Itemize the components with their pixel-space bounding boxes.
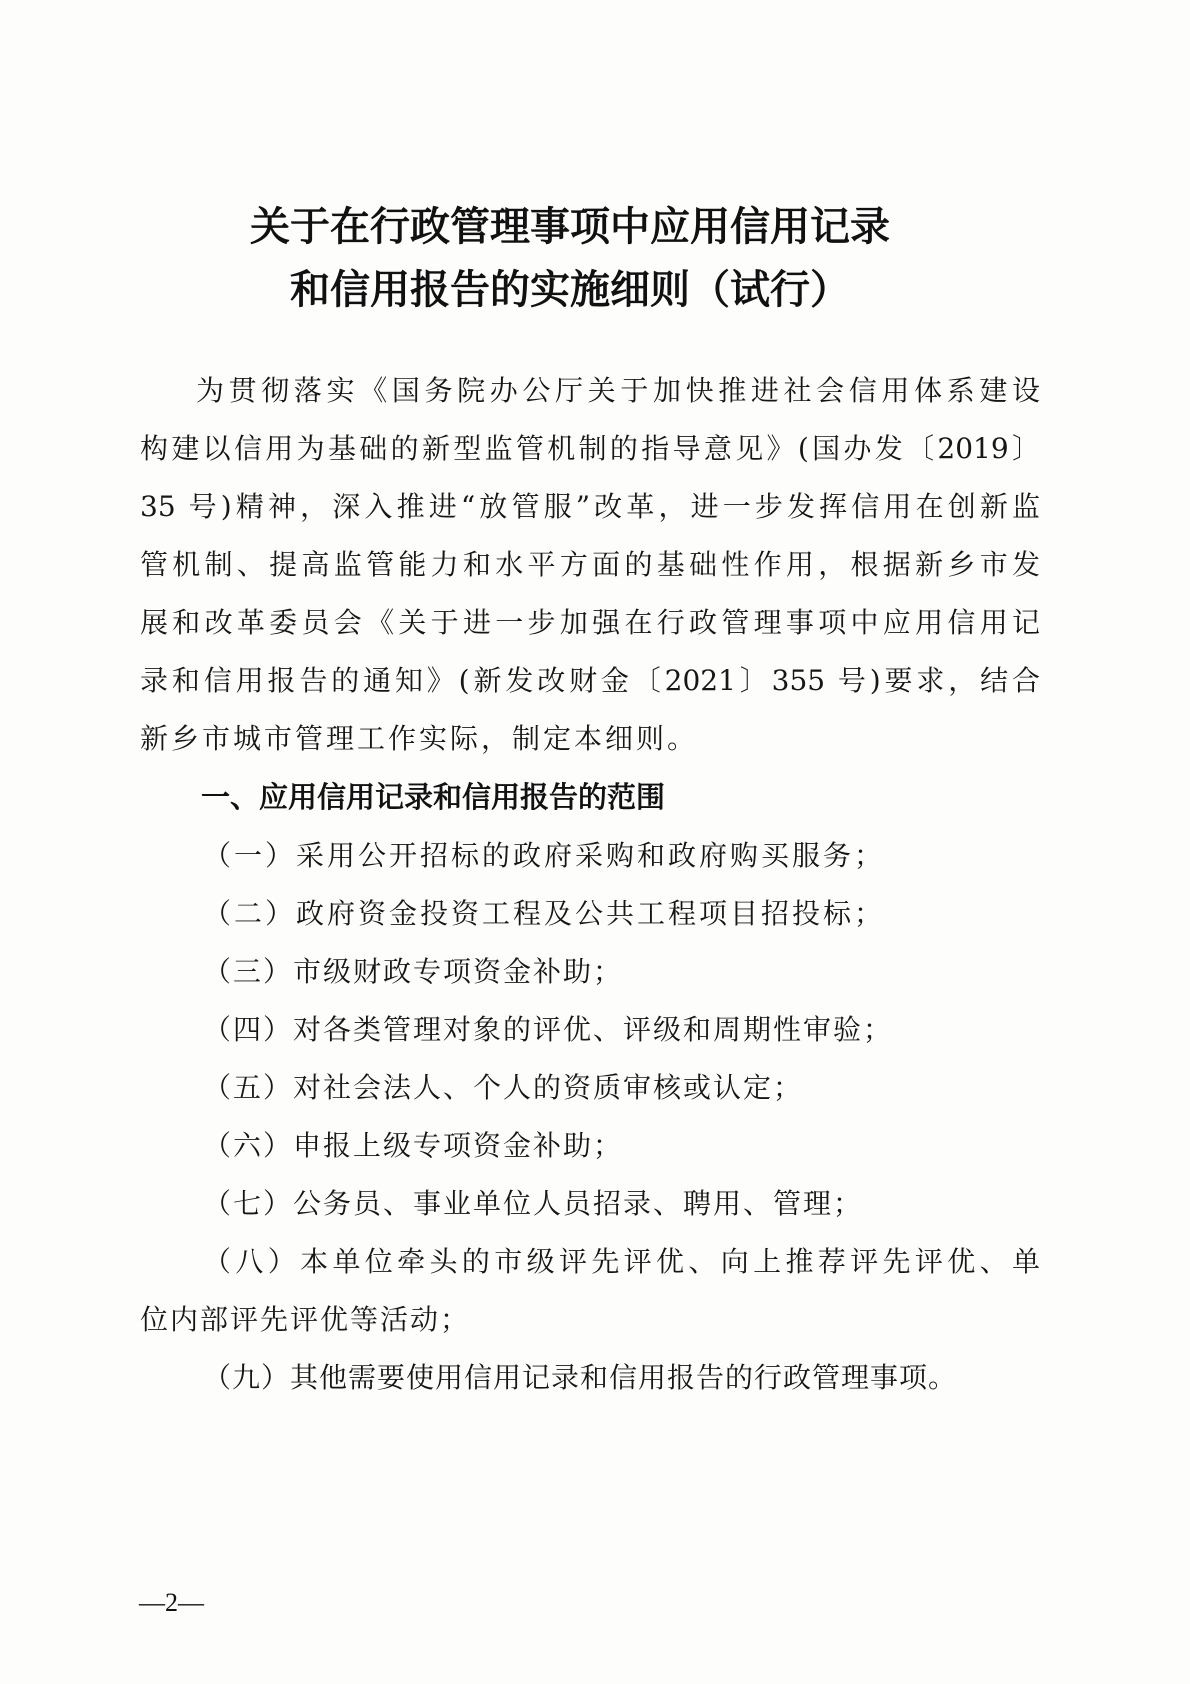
list-item: （六）申报上级专项资金补助；	[203, 1132, 623, 1160]
preamble-line: 新乡市城市管理工作实际，制定本细则。	[140, 725, 698, 753]
list-item: （五）对社会法人、个人的资质审核或认定；	[203, 1074, 803, 1102]
list-item: （二）政府资金投资工程及公共工程项目招投标；	[203, 900, 885, 928]
list-item: （七）公务员、事业单位人员招录、聘用、管理；	[203, 1190, 863, 1218]
list-item: （四）对各类管理对象的评优、评级和周期性审验；	[203, 1016, 893, 1044]
list-item: （三）市级财政专项资金补助；	[203, 958, 623, 986]
list-item: （九）其他需要使用信用记录和信用报告的行政管理事项。	[203, 1364, 957, 1392]
page-number: —2—	[139, 1590, 204, 1616]
preamble-line: 构建以信用为基础的新型监管机制的指导意见》(国办发〔2019〕	[140, 435, 1040, 463]
preamble-line: 35 号)精神，深入推进“放管服”改革，进一步发挥信用在创新监	[140, 493, 1040, 521]
document-title-line-1: 关于在行政管理事项中应用信用记录	[0, 207, 1165, 247]
section-heading: 一、应用信用记录和信用报告的范围	[201, 783, 665, 812]
list-item: （八）本单位牵头的市级评先评优、向上推荐评先评优、单	[203, 1248, 1040, 1276]
preamble-line: 录和信用报告的通知》(新发改财金〔2021〕355 号)要求，结合	[140, 667, 1040, 695]
document-title-line-2: 和信用报告的实施细则（试行）	[0, 270, 1165, 310]
preamble-line: 为贯彻落实《国务院办公厅关于加快推进社会信用体系建设	[196, 377, 1040, 405]
list-item-continuation: 位内部评先评优等活动；	[140, 1306, 470, 1334]
preamble-line: 展和改革委员会《关于进一步加强在行政管理事项中应用信用记	[140, 609, 1040, 637]
list-item: （一）采用公开招标的政府采购和政府购买服务；	[203, 842, 885, 870]
document-page: 关于在行政管理事项中应用信用记录 和信用报告的实施细则（试行） 为贯彻落实《国务…	[0, 0, 1190, 1684]
preamble-line: 管机制、提高监管能力和水平方面的基础性作用，根据新乡市发	[140, 551, 1040, 579]
